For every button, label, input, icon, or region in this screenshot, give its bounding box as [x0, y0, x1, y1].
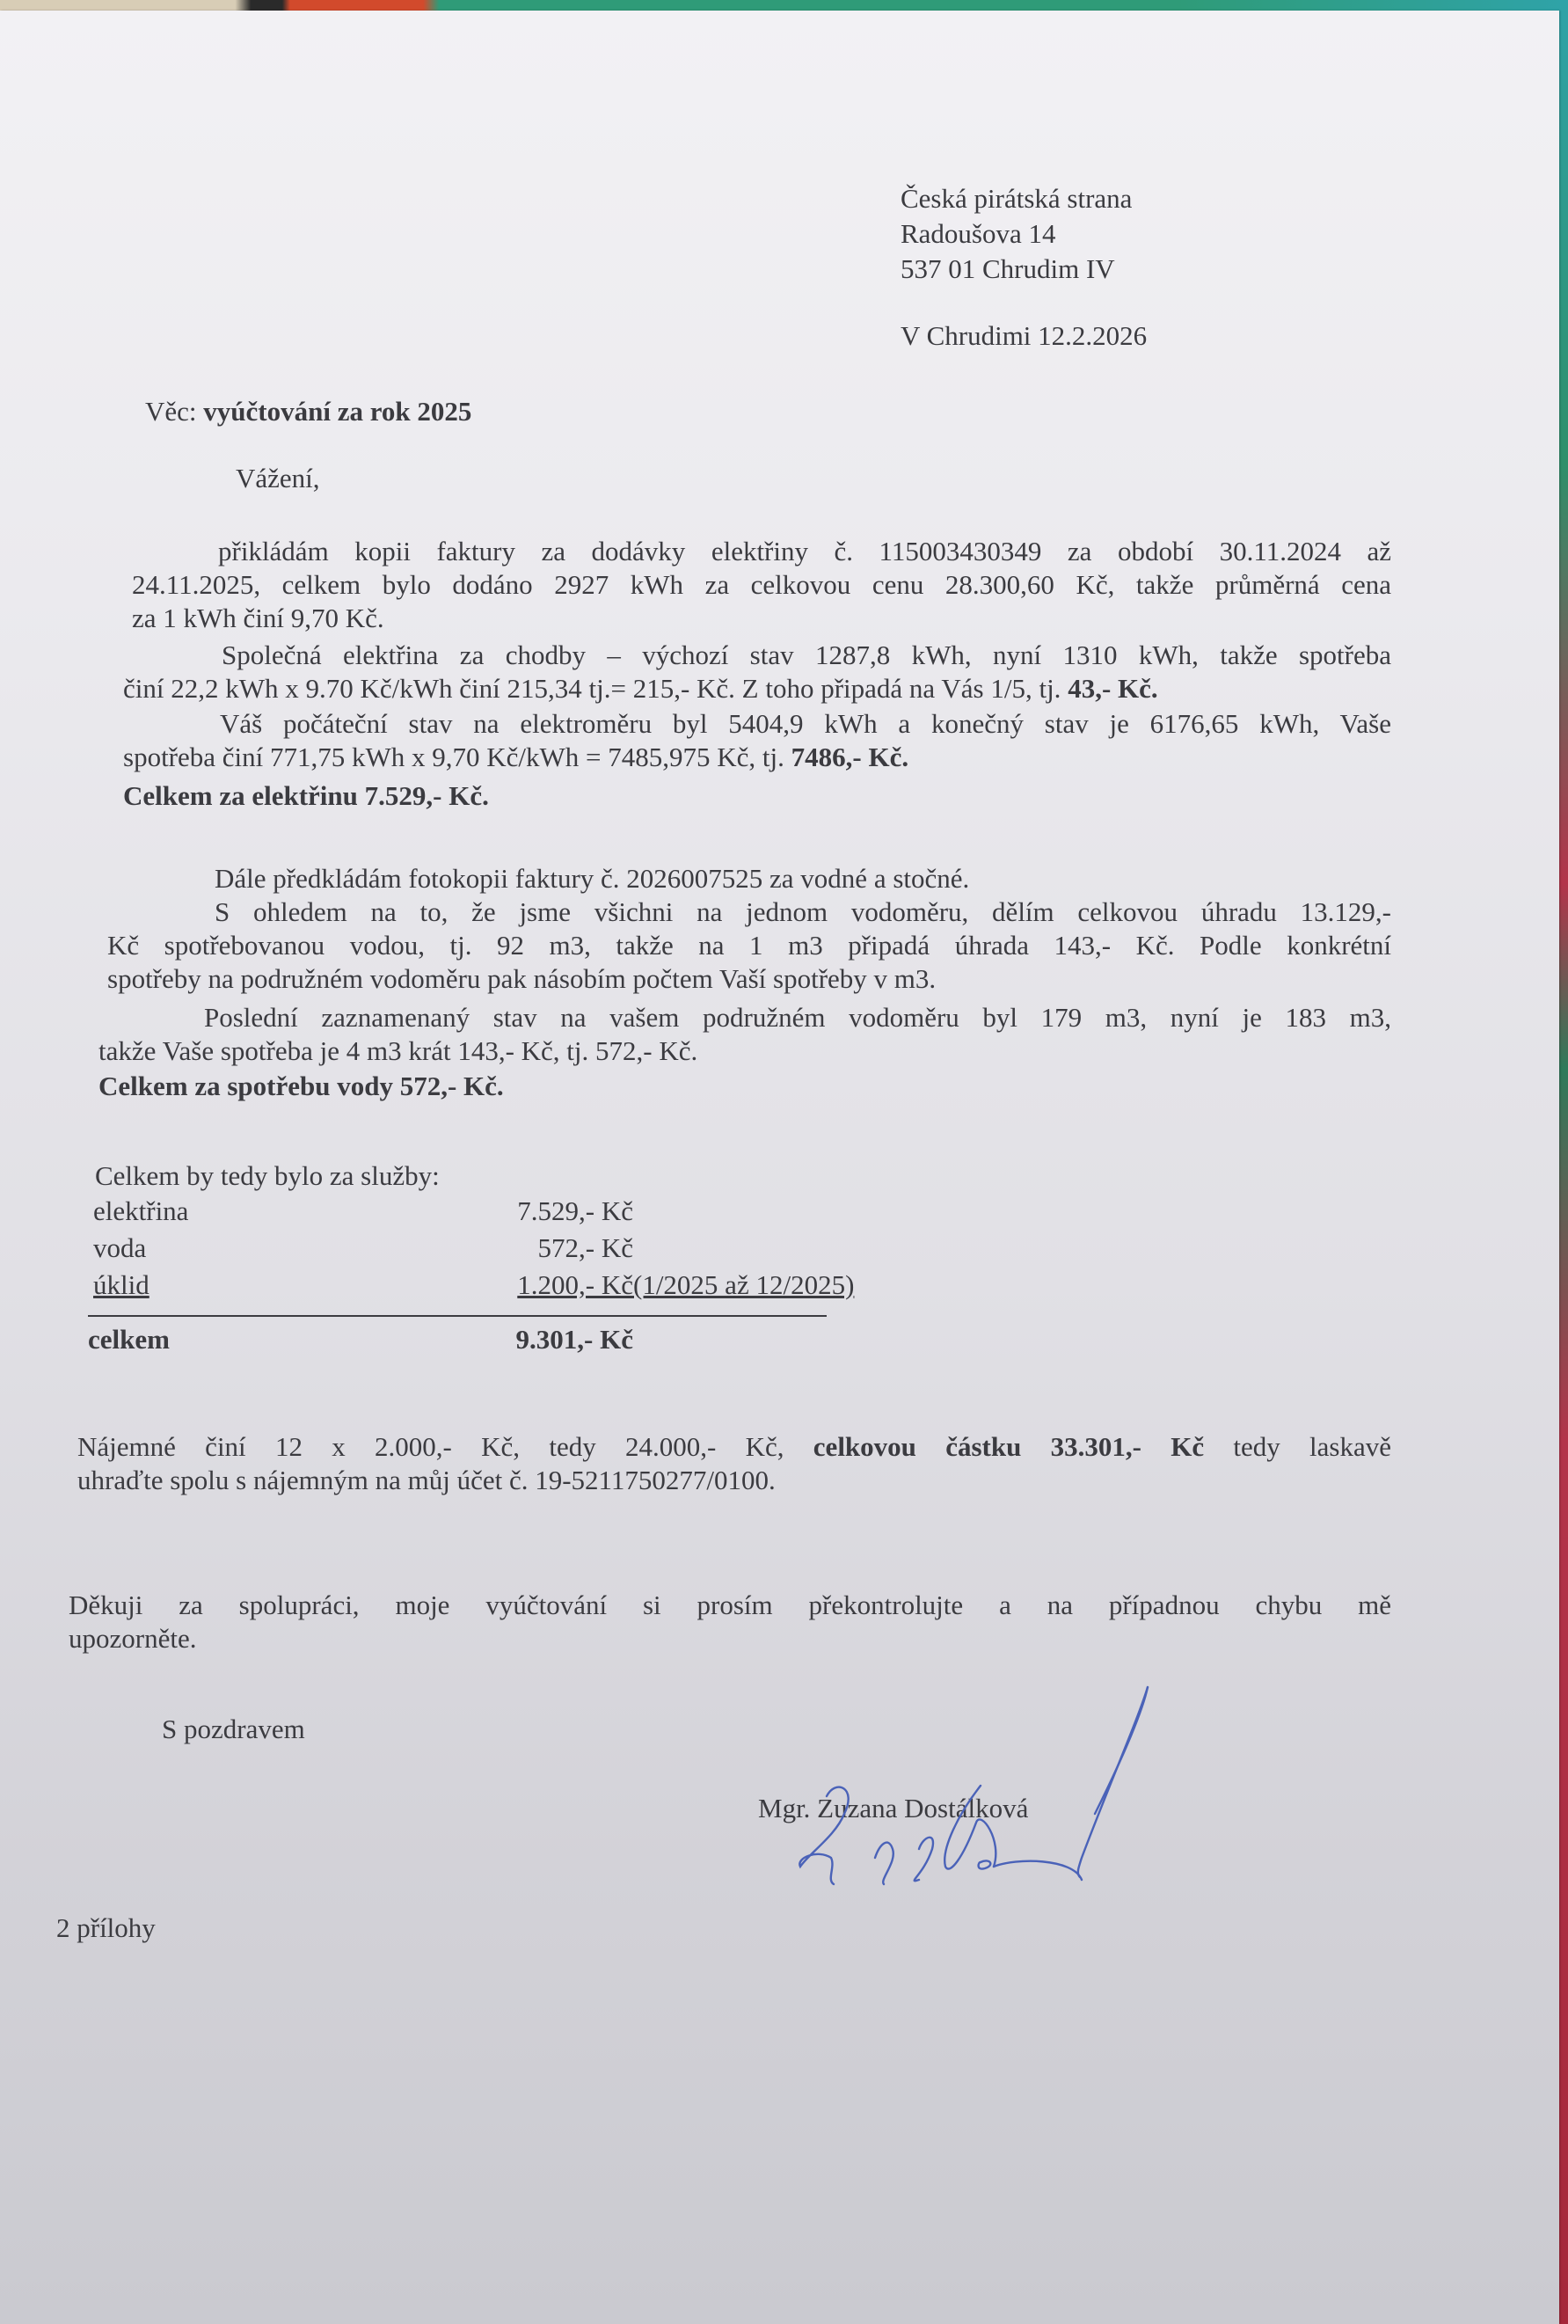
- recipient-name: Česká pirátská strana: [901, 181, 1132, 216]
- handwritten-signature-icon: [791, 1682, 1178, 1893]
- electricity-total: Celkem za elektřinu 7.529,- Kč.: [123, 779, 489, 813]
- hallway-share-amount: 43,- Kč.: [1068, 673, 1157, 704]
- water-paragraph-2: S ohledem na to, že jsme všichni na jedn…: [107, 895, 1391, 996]
- attachments-note: 2 přílohy: [56, 1911, 156, 1946]
- place-date: V Chrudimi 12.2.2026: [901, 318, 1147, 354]
- electricity-paragraph-3: Váš počáteční stav na elektroměru byl 54…: [123, 707, 1391, 774]
- subject-label: Věc:: [145, 396, 203, 427]
- closing-paragraph: Děkuji za spolupráci, moje vyúčtování si…: [69, 1589, 1391, 1655]
- subject-line: Věc: vyúčtování za rok 2025: [145, 394, 471, 429]
- water-total: Celkem za spotřebu vody 572,- Kč.: [98, 1070, 504, 1103]
- water-paragraph-1: Dále předkládám fotokopii faktury č. 202…: [215, 862, 969, 895]
- electricity-paragraph-1: přikládám kopii faktury za dodávky elekt…: [132, 535, 1391, 635]
- electricity-own-amount: 7486,- Kč.: [791, 742, 908, 772]
- bank-account-line: uhraďte spolu s nájemným na můj účet č. …: [77, 1464, 1391, 1497]
- grand-total: celkovou částku 33.301,- Kč: [813, 1431, 1204, 1462]
- summary-divider: [88, 1315, 827, 1317]
- summary-heading: Celkem by tedy bylo za služby:: [95, 1159, 440, 1193]
- electricity-paragraph-2: Společná elektřina za chodby – výchozí s…: [123, 639, 1391, 705]
- greeting: S pozdravem: [162, 1712, 305, 1747]
- letter-page: Česká pirátská strana Radoušova 14 537 0…: [0, 11, 1559, 2324]
- recipient-city: 537 01 Chrudim IV: [901, 252, 1115, 287]
- salutation: Vážení,: [236, 461, 320, 496]
- recipient-street: Radoušova 14: [901, 216, 1056, 252]
- water-paragraph-3: Poslední zaznamenaný stav na vašem podru…: [98, 1001, 1391, 1068]
- background-right-edge: [1559, 0, 1568, 2324]
- subject-title: vyúčtování za rok 2025: [203, 396, 471, 427]
- rent-paragraph: Nájemné činí 12 x 2.000,- Kč, tedy 24.00…: [77, 1430, 1391, 1497]
